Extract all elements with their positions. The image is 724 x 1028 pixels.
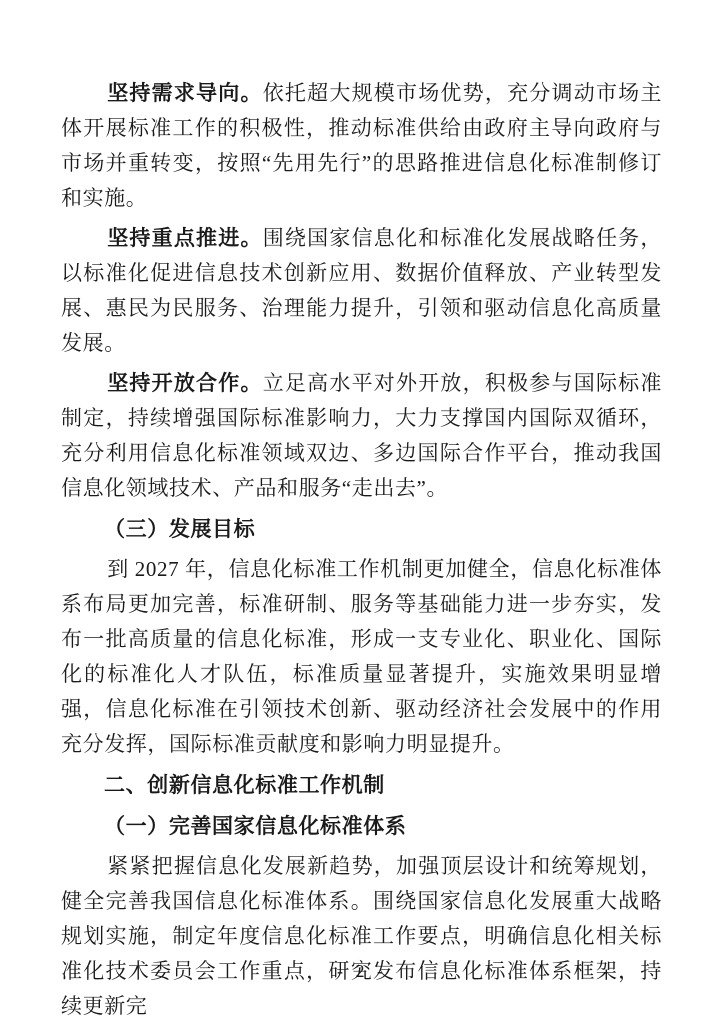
paragraph-text: 到 2027 年，信息化标准工作机制更加健全，信息化标准体系布局更加完善，标准研… bbox=[61, 557, 662, 756]
page-number: - 2 - bbox=[0, 961, 724, 982]
paragraph-lead: 坚持重点推进。 bbox=[107, 227, 263, 250]
document-body: 坚持需求导向。依托超大规模市场优势，充分调动市场主体开展标准工作的积极性，推动标… bbox=[61, 76, 662, 1028]
section-heading-development-goals: （三）发展目标 bbox=[61, 512, 662, 547]
paragraph-lead: 坚持需求导向。 bbox=[107, 82, 263, 105]
paragraph-lead: 坚持开放合作。 bbox=[107, 372, 263, 395]
chapter-heading-innovate-mechanism: 二、创新信息化标准工作机制 bbox=[61, 768, 662, 803]
body-paragraph: 坚持需求导向。依托超大规模市场优势，充分调动市场主体开展标准工作的积极性，推动标… bbox=[61, 76, 662, 216]
body-paragraph: 到 2027 年，信息化标准工作机制更加健全，信息化标准体系布局更加完善，标准研… bbox=[61, 552, 662, 762]
body-paragraph: 坚持重点推进。围绕国家信息化和标准化发展战略任务，以标准化促进信息技术创新应用、… bbox=[61, 221, 662, 361]
paragraph-text: 紧紧把握信息化发展新趋势，加强顶层设计和统筹规划，健全完善我国信息化标准体系。围… bbox=[61, 854, 662, 1018]
section-heading-improve-standard-system: （一）完善国家信息化标准体系 bbox=[61, 809, 662, 844]
document-page: 坚持需求导向。依托超大规模市场优势，充分调动市场主体开展标准工作的积极性，推动标… bbox=[0, 0, 724, 1028]
body-paragraph: 坚持开放合作。立足高水平对外开放，积极参与国际标准制定，持续增强国际标准影响力，… bbox=[61, 366, 662, 506]
body-paragraph: 紧紧把握信息化发展新趋势，加强顶层设计和统筹规划，健全完善我国信息化标准体系。围… bbox=[61, 849, 662, 1024]
